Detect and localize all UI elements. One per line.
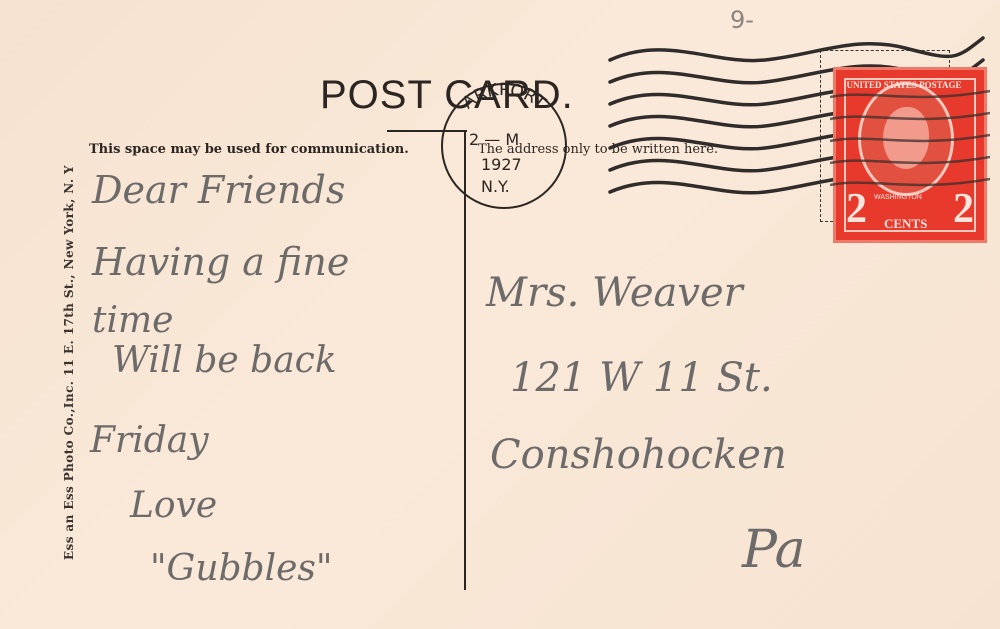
message-line: Love xyxy=(130,485,217,526)
message-line: Friday xyxy=(90,420,209,461)
postmark-time: 2 — M xyxy=(469,130,519,149)
stamp-cancel-lines-icon xyxy=(830,85,990,205)
postmark-state: N.Y. xyxy=(481,177,510,196)
publisher-imprint: Ess an Ess Photo Co.,Inc. 11 E. 17th St.… xyxy=(62,165,76,560)
message-line: Will be back xyxy=(112,340,337,381)
message-line: Having a fine xyxy=(92,240,349,284)
message-line: Dear Friends xyxy=(92,168,345,212)
address-line: Mrs. Weaver xyxy=(486,270,743,316)
message-line: "Gubbles" xyxy=(150,548,332,589)
svg-text:ARKPORT: ARKPORT xyxy=(459,80,550,114)
address-line: Pa xyxy=(742,520,806,580)
postmark-circle: ARKPORT 2 — M 1927 N.Y. xyxy=(423,80,585,212)
postmark-year: 1927 xyxy=(481,155,522,174)
address-line: 121 W 11 St. xyxy=(510,355,773,401)
stamp-unit: CENTS xyxy=(884,216,927,232)
address-line: Conshohocken xyxy=(490,432,787,478)
postcard-back: 9- POST CARD. This space may be used for… xyxy=(0,0,1000,629)
postmark-city: ARKPORT xyxy=(459,80,550,114)
message-line: time xyxy=(92,300,173,341)
message-caption: This space may be used for communication… xyxy=(89,142,409,157)
